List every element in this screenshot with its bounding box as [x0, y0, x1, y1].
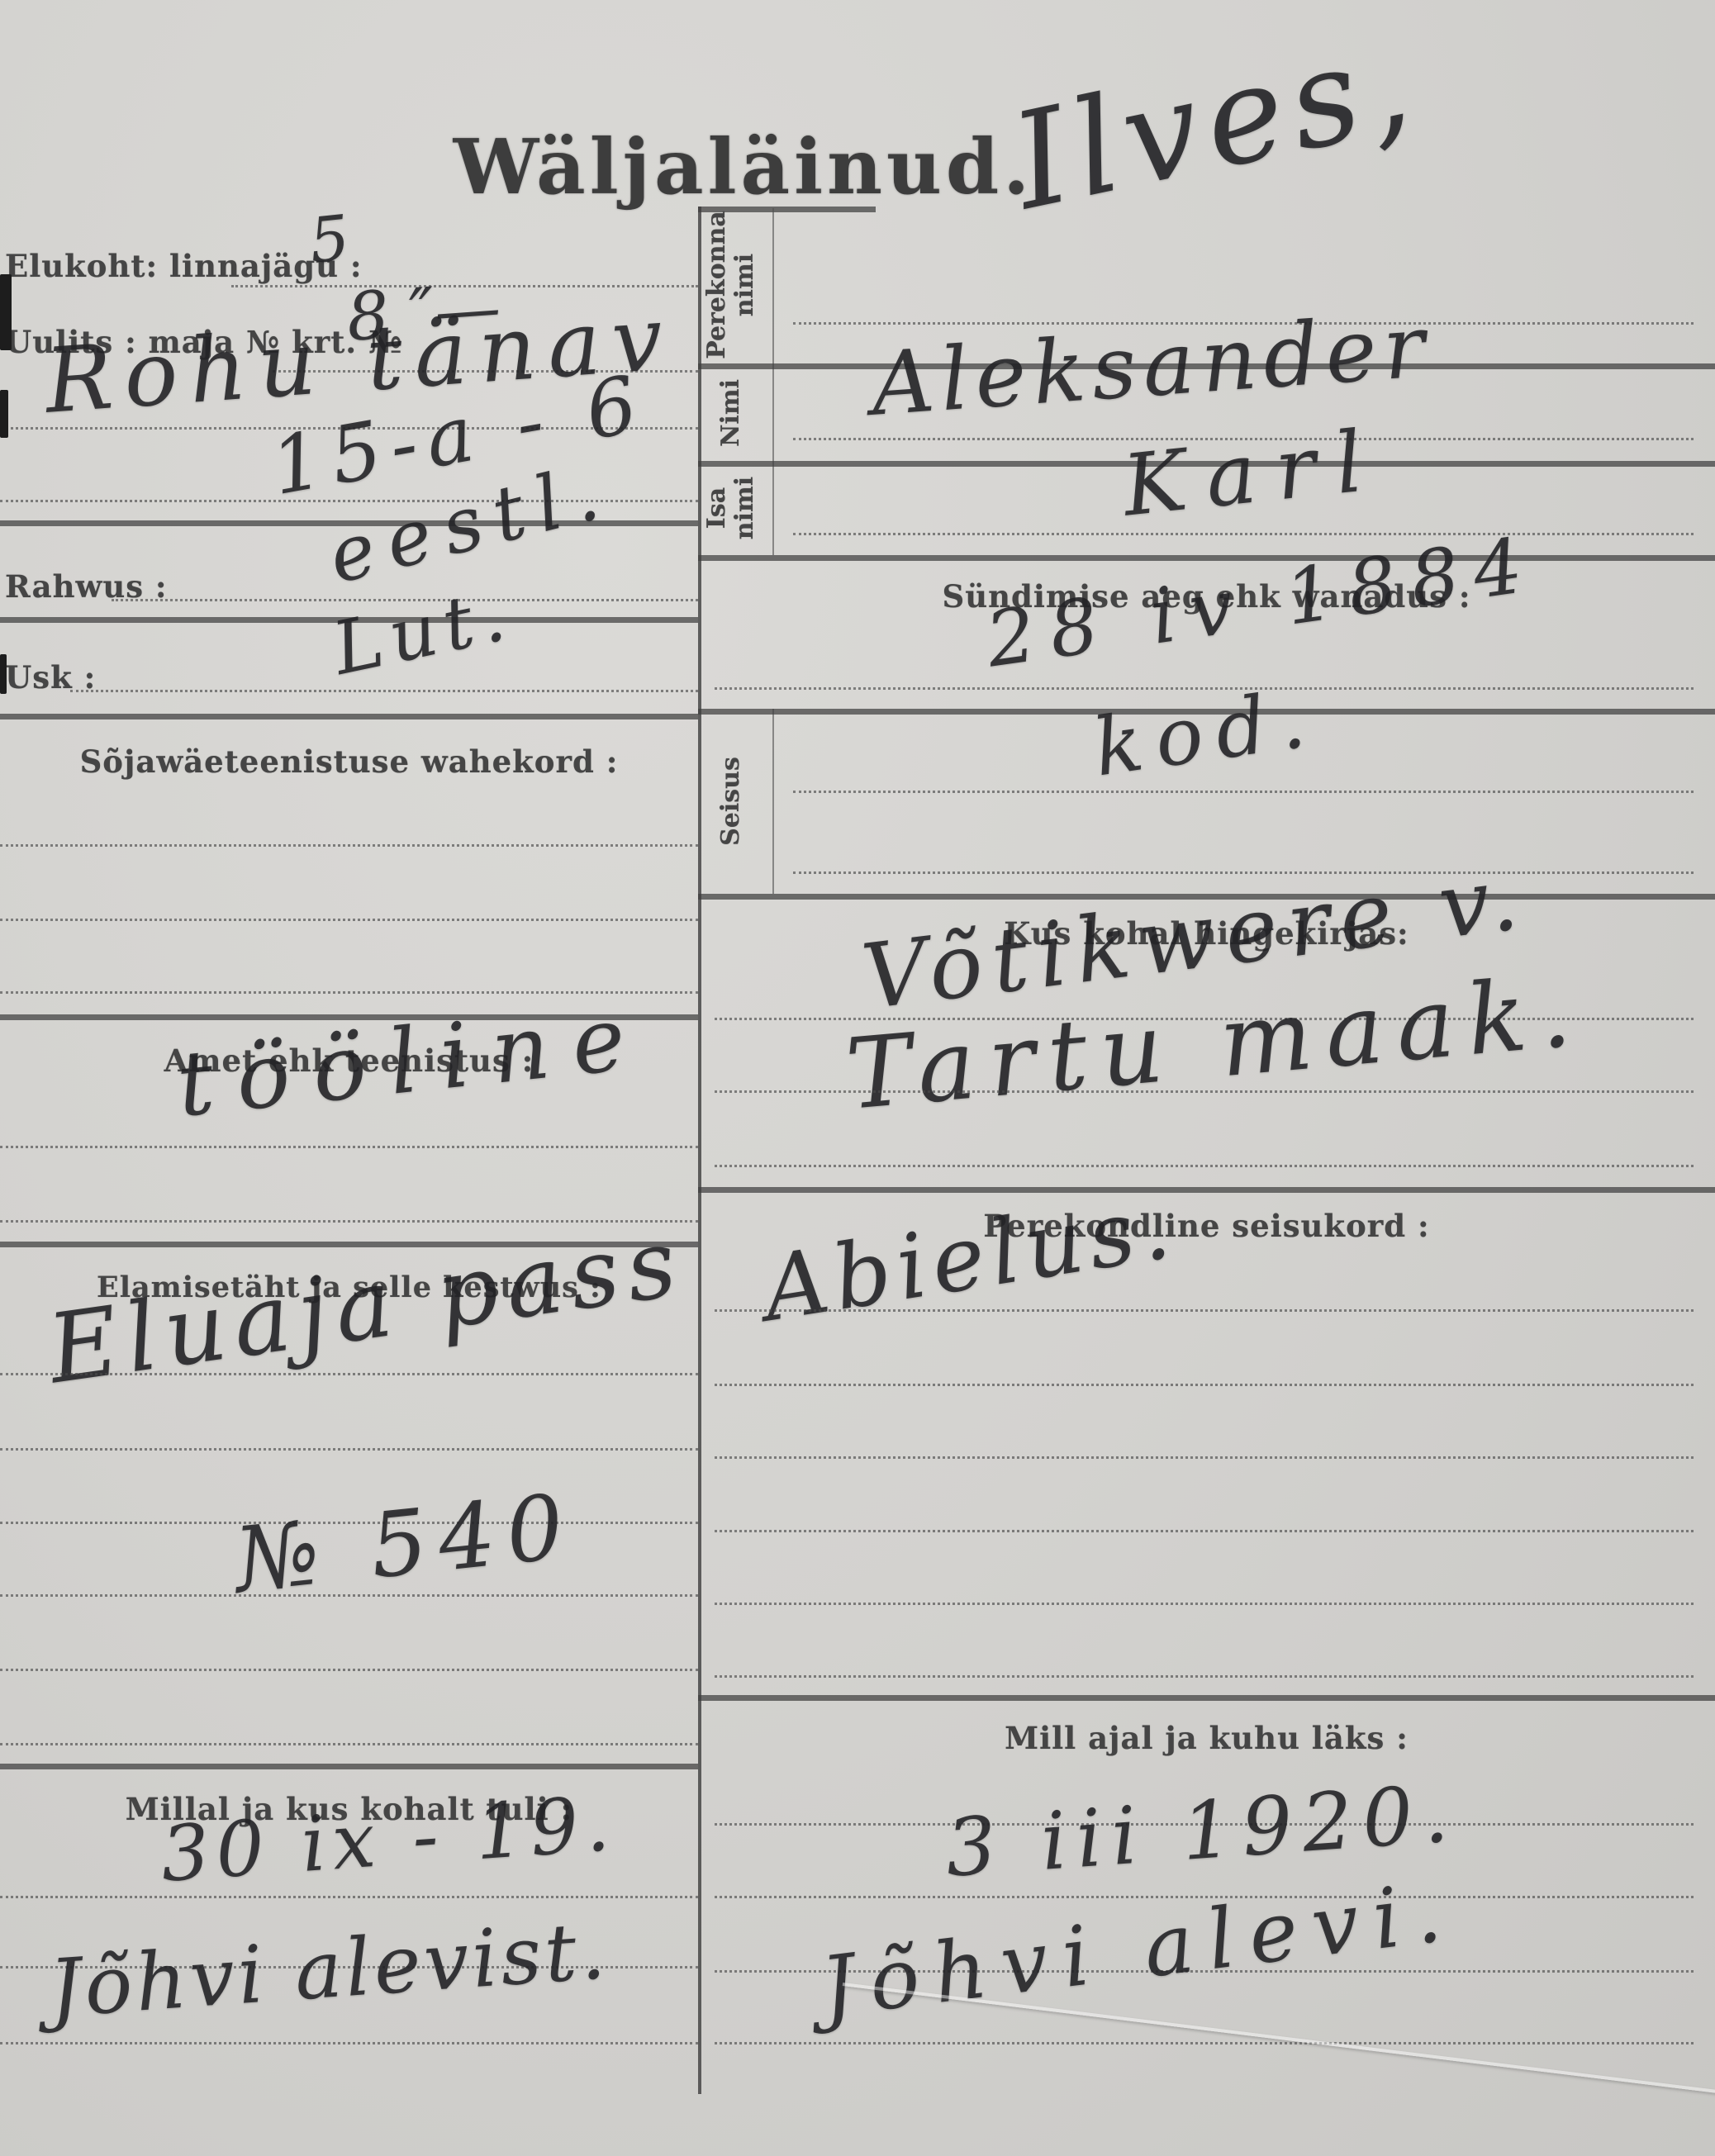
first-name-label-vertical: Nimi	[717, 364, 745, 462]
rule-dotted	[793, 533, 1694, 535]
rule-dotted	[715, 1456, 1694, 1459]
rule-thick	[698, 555, 1715, 561]
residence-label: Elukoht: linnajägu :	[5, 248, 363, 284]
scan-edge-mark	[0, 274, 12, 350]
rule-thick	[0, 714, 698, 719]
column-divider	[698, 207, 701, 2094]
arrival-place-handwriting: Jõhvi alevist.	[46, 1904, 611, 2035]
rule-dotted	[0, 1448, 698, 1451]
rule-dotted	[0, 1669, 698, 1671]
residence-value-handwriting: 5	[306, 201, 353, 278]
permit-type-handwriting: Eluaja pass	[42, 1207, 691, 1405]
page-title: Wäljaläinud.	[397, 122, 1090, 211]
rule-dotted	[715, 1384, 1694, 1386]
permit-number-handwriting: № 540	[230, 1475, 579, 1612]
status-value-handwriting: kod.	[1088, 672, 1323, 795]
marital-status-value-handwriting: Abielus.	[756, 1175, 1183, 1342]
label-box-divider	[772, 709, 774, 894]
father-name-value-handwriting: Karl	[1119, 411, 1387, 535]
rule-dotted	[715, 2042, 1694, 2044]
rule-dotted	[715, 1309, 1694, 1312]
rule-dotted	[715, 1675, 1694, 1678]
surname-label-vertical: Perekonna nimi	[703, 207, 759, 363]
occupation-value-handwriting: tööline	[172, 985, 653, 1137]
registration-card-page: Wäljaläinud. Elukoht: linnajägu : 5 Uuli…	[0, 0, 1715, 2156]
birth-date-value-handwriting: 28 iv 1884	[981, 520, 1542, 684]
rule-dotted	[0, 1743, 698, 1745]
rule-thick	[698, 1695, 1715, 1701]
departure-place-handwriting: Jõhvi alevi.	[816, 1862, 1461, 2035]
rule-thick	[0, 1764, 698, 1769]
rule-dotted	[793, 791, 1694, 793]
departure-label: Mill ajal ja kuhu läks :	[698, 1720, 1715, 1756]
surname-value-handwriting: Ilves,	[1000, 4, 1431, 240]
rule-dotted	[0, 1594, 698, 1597]
rule-dotted	[715, 1090, 1694, 1093]
rule-dotted	[70, 690, 698, 692]
rule-dotted	[0, 1373, 698, 1375]
status-label-vertical: Seisus	[717, 709, 745, 894]
label-box-divider	[772, 208, 774, 555]
rule-dotted	[715, 1530, 1694, 1532]
rule-dotted	[793, 871, 1694, 874]
rule-dotted	[0, 844, 698, 847]
rule-dotted	[0, 1146, 698, 1148]
military-service-label: Sõjawäeteenistuse wahekord :	[0, 743, 698, 780]
rule-dotted	[715, 1165, 1694, 1167]
rule-dotted	[715, 1603, 1694, 1605]
rule-thick	[698, 1187, 1715, 1193]
scan-edge-mark	[0, 390, 8, 438]
paper-crease	[843, 1983, 1715, 2097]
rule-dotted	[0, 919, 698, 921]
scan-edge-mark	[0, 654, 7, 694]
rule-dotted	[0, 2042, 698, 2044]
rule-dotted	[0, 1896, 698, 1898]
father-name-label-vertical: Isa nimi	[703, 461, 759, 555]
